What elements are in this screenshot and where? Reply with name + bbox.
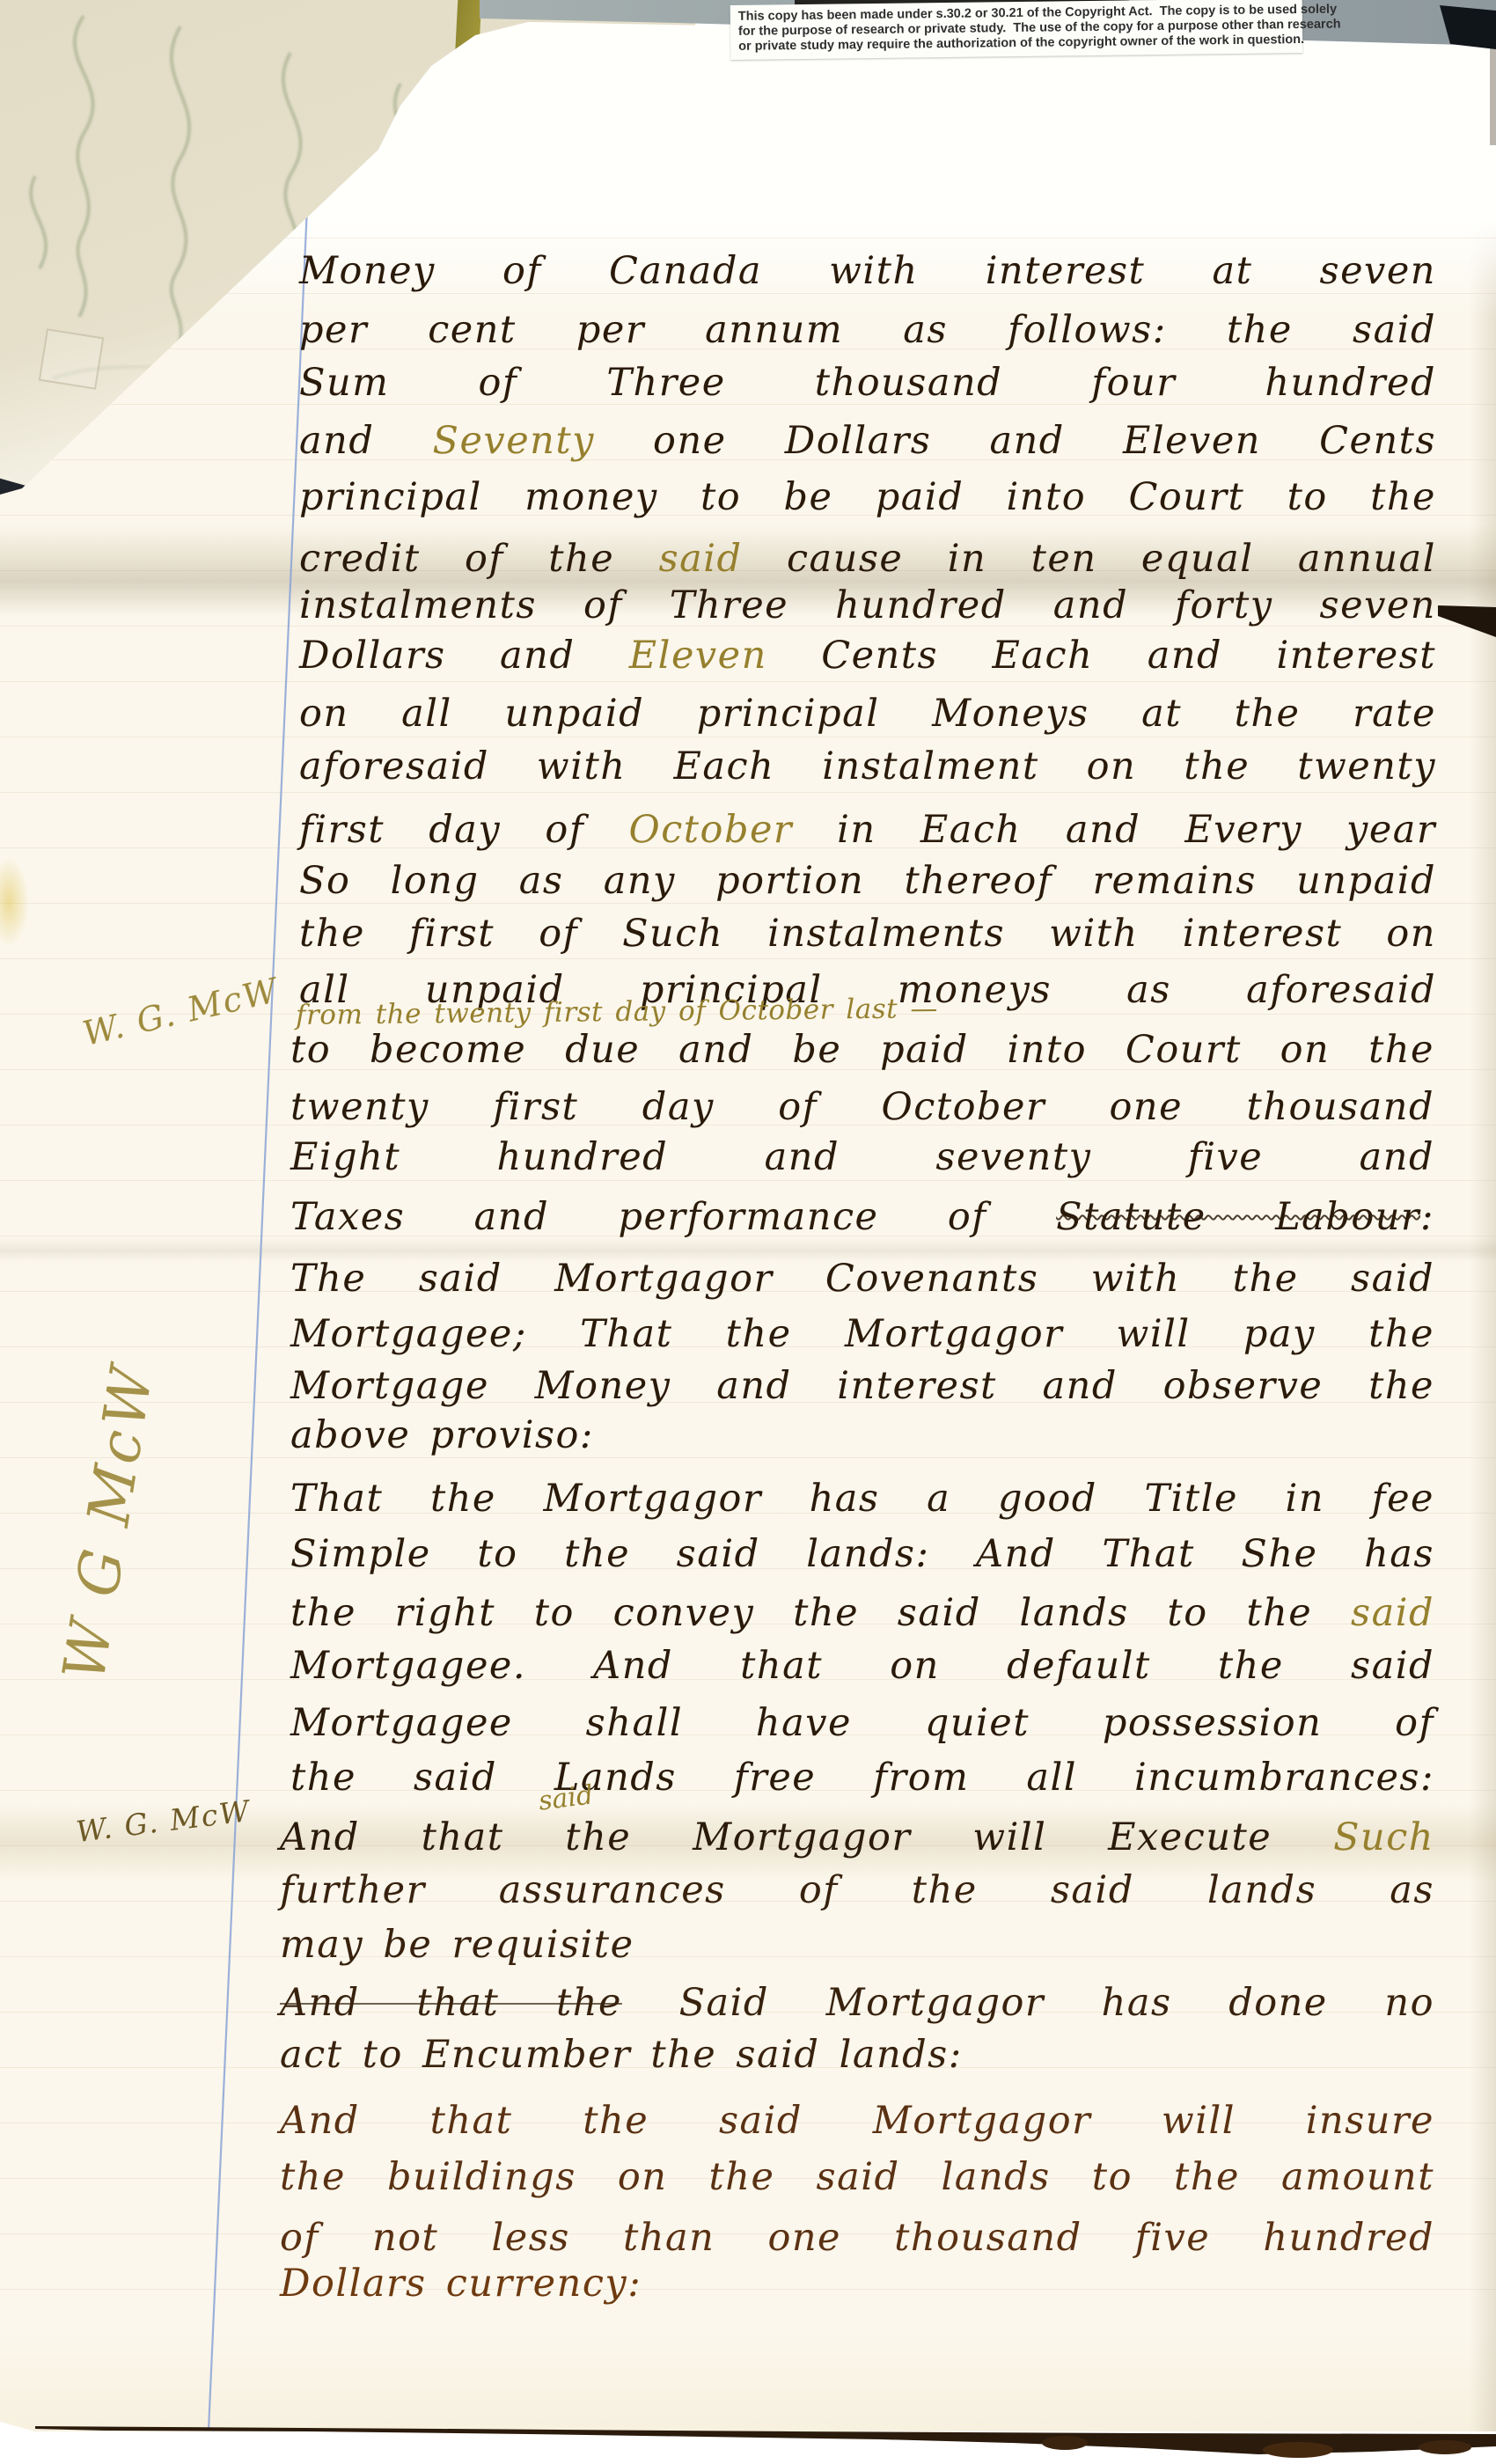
handwritten-line: Dollars and Eleven Cents Each and intere… [299,633,1436,678]
handwritten-line: above proviso: [290,1412,594,1458]
handwritten-line: And that the Said Mortgagor has done no [280,1980,1434,2026]
handwritten-line: Taxes and performance of Statute Labour: [290,1194,1434,1240]
handwritten-line: And that the said Mortgagor will insure [280,2098,1434,2144]
handwritten-line: That the Mortgagor has a good Title in f… [290,1476,1434,1522]
handwritten-segment: in Each and Every year [793,808,1436,852]
handwritten-line: to become due and be paid into Court on … [290,1027,1434,1073]
handwritten-segment: the right to convey the said lands to th… [290,1591,1351,1635]
handwritten-segment: credit of the [299,537,659,581]
scanned-document: This copy has been made under s.30.2 or … [0,0,1496,2464]
handwritten-segment: Mortgagee; That the Mortgagor will pay t… [290,1312,1434,1356]
handwritten-segment: the first of Such instalments with inter… [299,912,1436,956]
handwritten-line: So long as any portion thereof remains u… [299,858,1436,904]
handwritten-segment: the said Lands free from all incumbrance… [290,1756,1434,1800]
handwritten-line: principal money to be paid into Court to… [299,474,1436,520]
handwritten-segment: above proviso: [290,1413,594,1457]
margin-signature: W G McW [16,1302,201,1742]
handwritten-line: credit of the said cause in ten equal an… [299,536,1436,582]
handwritten-segment: Simple to the said lands: And That She h… [290,1532,1434,1576]
handwritten-segment: The said Mortgagor Covenants with the sa… [290,1257,1434,1301]
handwritten-line: Money of Canada with interest at seven [299,248,1436,294]
handwritten-segment: Taxes and performance of [290,1195,1056,1239]
handwritten-segment: Sum of Three thousand four hundred [299,361,1436,405]
handwritten-segment: twenty first day of October one thousand [290,1085,1434,1129]
interlineation-said: said [537,1779,595,1816]
handwritten-segment: may be requisite [280,1923,634,1967]
handwritten-line: first day of October in Each and Every y… [299,807,1436,853]
handwritten-segment: said [659,537,743,581]
handwritten-segment: act to Encumber the said lands: [280,2033,963,2077]
handwritten-segment: And that the said Mortgagor will insure [280,2099,1434,2143]
margin-signature-text: W G McW [50,1360,167,1685]
interlineation-gold-line: from the twenty first day of October las… [296,993,938,1031]
handwritten-line: the right to convey the said lands to th… [290,1590,1434,1636]
handwritten-line: the first of Such instalments with inter… [299,911,1436,957]
handwritten-line: The said Mortgagor Covenants with the sa… [290,1256,1434,1302]
handwritten-line: Sum of Three thousand four hundred [299,360,1436,406]
handwritten-segment: cause in ten equal annual [743,537,1436,581]
handwritten-line: Mortgagee; That the Mortgagor will pay t… [290,1311,1434,1357]
handwritten-segment: And that the [280,1981,622,2025]
handwritten-line: the said Lands free from all incumbrance… [290,1755,1434,1800]
handwritten-segment: further assurances of the said lands as [280,1868,1434,1912]
handwritten-segment: Such [1333,1815,1434,1859]
tape-mark [39,328,105,390]
handwritten-segment: Mortgagee shall have quiet possession of [290,1701,1434,1745]
handwritten-segment: Cents Each and interest [767,634,1436,678]
handwritten-segment: Statute Labour [1056,1195,1420,1239]
copyright-stamp: This copy has been made under s.30.2 or … [730,0,1303,60]
handwritten-line: Mortgagee. And that on default the said [290,1643,1434,1689]
handwritten-segment: the buildings on the said lands to the a… [280,2155,1434,2199]
handwritten-line: act to Encumber the said lands: [280,2032,963,2078]
handwritten-segment: instalments of Three hundred and forty s… [299,583,1436,627]
handwritten-line: Dollars currency: [280,2261,642,2306]
handwritten-segment: That the Mortgagor has a good Title in f… [290,1477,1434,1521]
handwritten-segment: So long as any portion thereof remains u… [299,859,1436,903]
handwritten-segment: said [1351,1591,1434,1635]
handwritten-segment: Said Mortgagor has done no [622,1981,1434,2025]
handwritten-segment: Money of Canada with interest at seven [299,249,1436,293]
handwritten-line: further assurances of the said lands as [280,1867,1434,1913]
handwritten-line: Mortgagee shall have quiet possession of [290,1700,1434,1746]
handwritten-segment: to become due and be paid into Court on … [290,1028,1434,1072]
handwritten-line: on all unpaid principal Moneys at the ra… [299,691,1436,737]
handwritten-line: twenty first day of October one thousand [290,1084,1434,1130]
handwritten-segment: on all unpaid principal Moneys at the ra… [299,692,1436,736]
handwritten-segment: And that the [280,1815,693,1859]
handwritten-segment: Mortgage Money and interest and observe … [290,1364,1434,1408]
handwritten-segment: Mortgagee. And that on default the said [290,1644,1434,1688]
handwritten-segment: first day of [299,808,628,852]
handwritten-line: And that the Mortgagor will Execute Such [280,1815,1434,1860]
handwritten-line: Mortgage Money and interest and observe … [290,1363,1434,1409]
handwritten-segment: Eight hundred and seventy five and [290,1135,1434,1179]
handwritten-segment: Seventy [433,419,595,463]
handwritten-segment: Eleven [629,634,767,678]
handwritten-segment: one Dollars and Eleven Cents [595,419,1436,463]
handwritten-segment: per cent per annum as follows: the said [299,308,1436,352]
handwritten-segment: aforesaid with Each instalment on the tw… [299,744,1436,788]
handwritten-line: may be requisite [280,1922,634,1968]
handwritten-segment: of not less than one thousand five hundr… [280,2216,1434,2260]
handwritten-line: and Seventy one Dollars and Eleven Cents [299,418,1436,464]
handwritten-line: of not less than one thousand five hundr… [280,2215,1434,2261]
handwritten-segment: and [299,419,433,463]
handwritten-segment: Mortgagor will Execute [693,1815,1333,1859]
handwritten-line: aforesaid with Each instalment on the tw… [299,744,1436,789]
handwritten-segment: : [1420,1195,1434,1239]
handwritten-line: Simple to the said lands: And That She h… [290,1531,1434,1577]
handwritten-line: the buildings on the said lands to the a… [280,2154,1434,2200]
handwritten-line: Eight hundred and seventy five and [290,1134,1434,1180]
handwritten-segment: principal money to be paid into Court to… [299,475,1436,519]
handwritten-segment: Dollars currency: [280,2262,642,2306]
handwritten-segment: Dollars and [299,634,629,678]
handwritten-segment: October [628,808,793,852]
handwritten-line: per cent per annum as follows: the said [299,307,1436,353]
handwritten-line: instalments of Three hundred and forty s… [299,583,1436,628]
